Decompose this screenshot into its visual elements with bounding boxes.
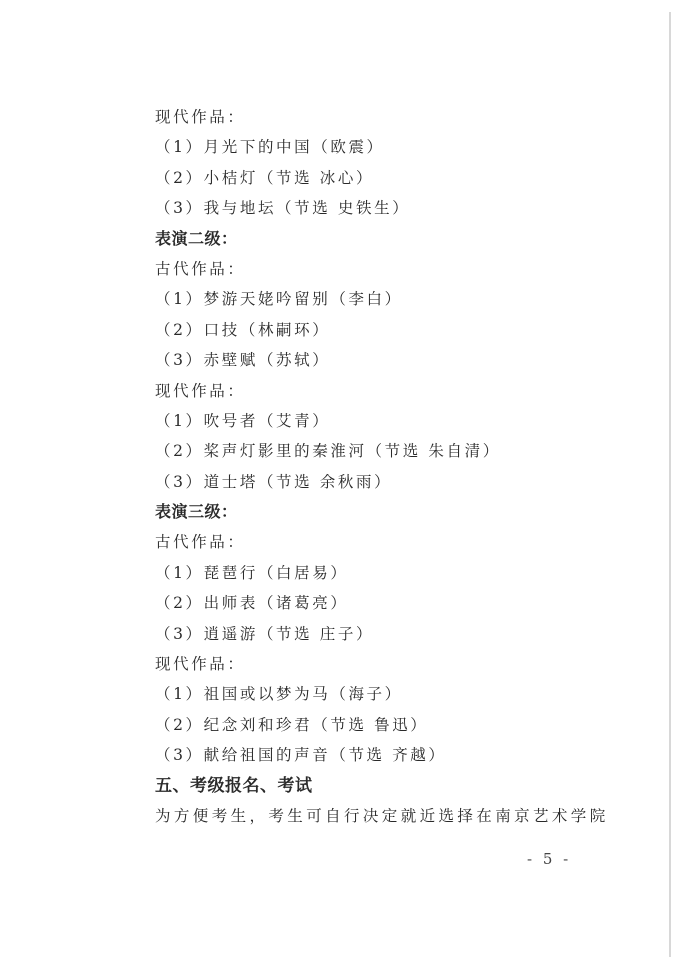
category-label: 古代作品： (155, 527, 615, 557)
work-item: （1）琵琶行（白居易） (155, 558, 615, 588)
work-item: （1）月光下的中国（欧震） (155, 132, 615, 162)
work-item: （3）献给祖国的声音（节选 齐越） (155, 740, 615, 770)
work-item: （2）出师表（诸葛亮） (155, 588, 615, 618)
category-label: 现代作品： (155, 376, 615, 406)
document-body: 现代作品： （1）月光下的中国（欧震） （2）小桔灯（节选 冰心） （3）我与地… (155, 102, 615, 831)
work-item: （2）小桔灯（节选 冰心） (155, 163, 615, 193)
paragraph-text: 为方便考生，考生可自行决定就近选择在南京艺术学院 (155, 801, 615, 831)
work-item: （1）梦游天姥吟留别（李白） (155, 284, 615, 314)
work-item: （3）道士塔（节选 余秋雨） (155, 467, 615, 497)
work-item: （1）吹号者（艾青） (155, 406, 615, 436)
work-item: （3）逍遥游（节选 庄子） (155, 619, 615, 649)
work-item: （1）祖国或以梦为马（海子） (155, 679, 615, 709)
category-label: 现代作品： (155, 649, 615, 679)
section-heading: 五、考级报名、考试 (155, 771, 615, 801)
work-item: （2）口技（林嗣环） (155, 315, 615, 345)
page-number: - 5 - (527, 850, 571, 868)
category-label: 现代作品： (155, 102, 615, 132)
level-heading: 表演三级： (155, 497, 615, 527)
work-item: （2）桨声灯影里的秦淮河（节选 朱自清） (155, 436, 615, 466)
level-heading: 表演二级： (155, 224, 615, 254)
work-item: （3）赤壁赋（苏轼） (155, 345, 615, 375)
category-label: 古代作品： (155, 254, 615, 284)
work-item: （2）纪念刘和珍君（节选 鲁迅） (155, 710, 615, 740)
work-item: （3）我与地坛（节选 史铁生） (155, 193, 615, 223)
page-edge-line (669, 12, 671, 957)
